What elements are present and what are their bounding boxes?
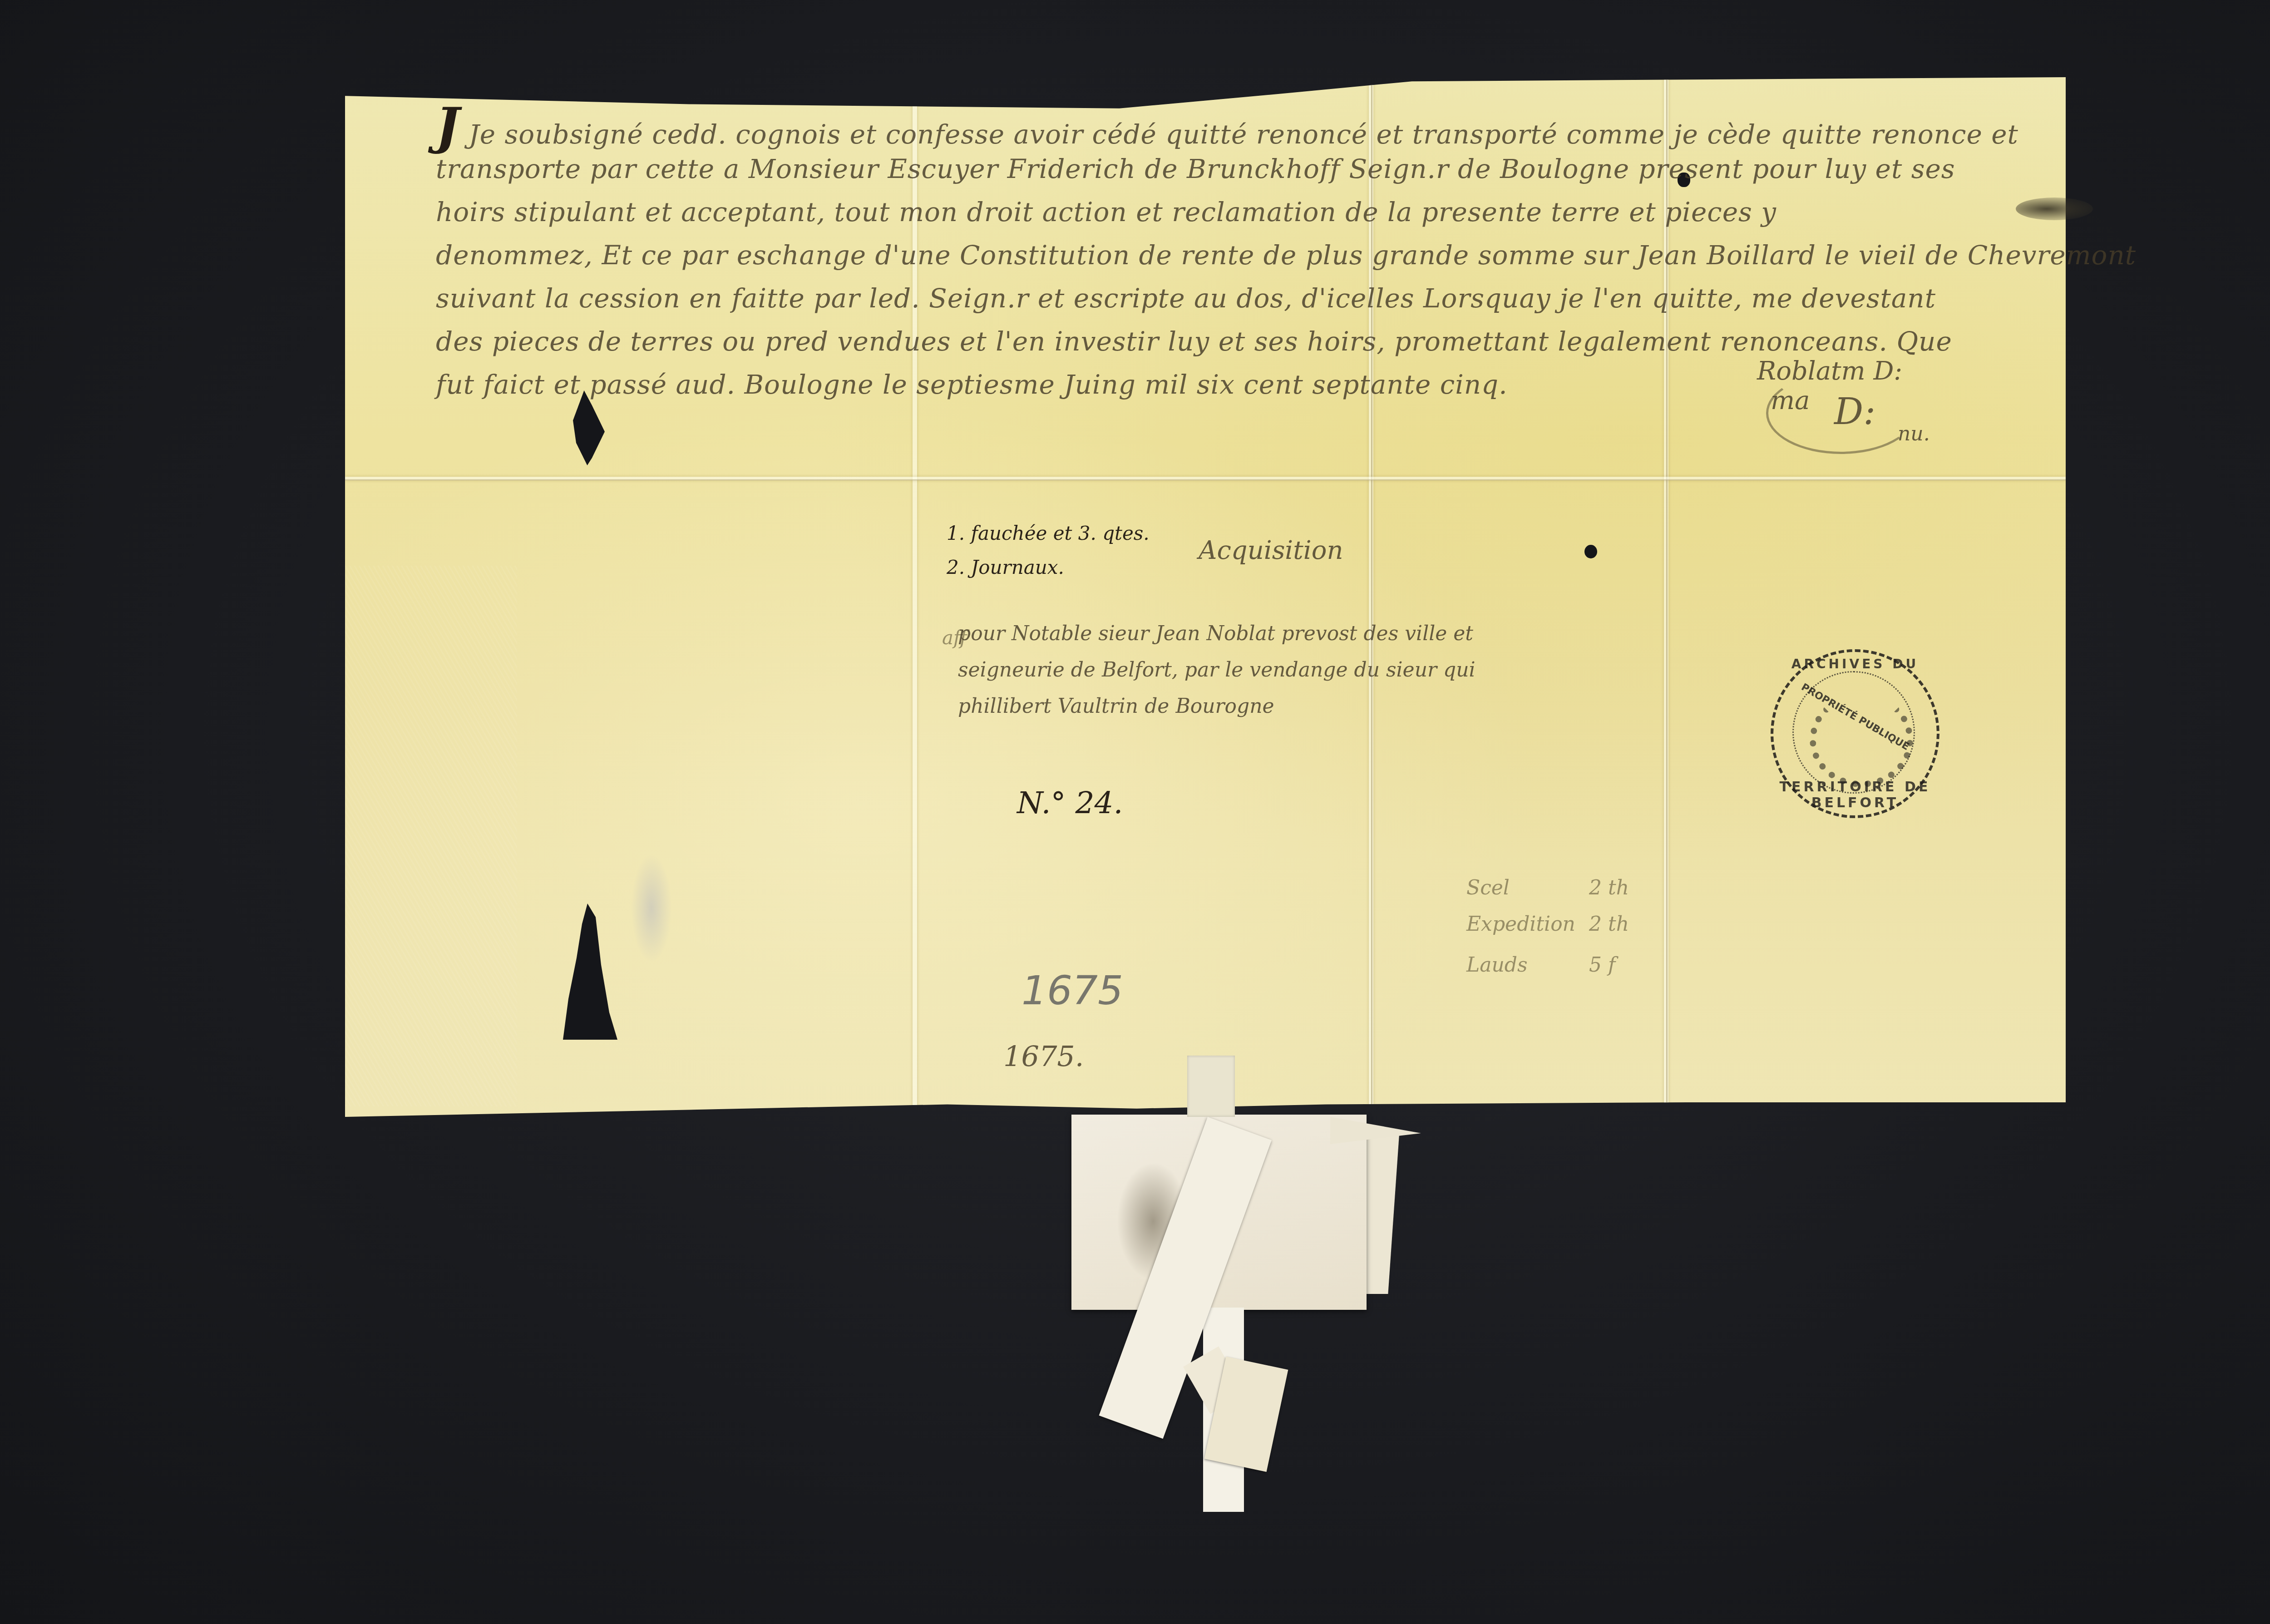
fee-amount: 2 th (1589, 876, 1629, 899)
fee-amount: 2 th (1589, 913, 1629, 936)
deed-line-1: J Je soubsigné cedd. cognois et confesse… (436, 104, 2025, 148)
document-number: N.° 24. (1017, 785, 1123, 820)
deed-line-text: Je soubsigné cedd. cognois et confesse a… (469, 119, 2018, 150)
acquisition-line: pour Notable sieur Jean Noblat prevost d… (958, 622, 1473, 645)
ink-hole (1584, 545, 1597, 558)
measure-note-line: 2. Journaux. (947, 556, 1064, 578)
tag-strap-through-slit (1187, 1056, 1235, 1117)
acquisition-line: phillibert Vaultrin de Bourogne (958, 695, 1274, 718)
deed-line-2: transporte par cette a Monsieur Escuyer … (436, 148, 2025, 191)
deed-line-text: transporte par cette a Monsieur Escuyer … (436, 153, 1955, 184)
mold-stain (631, 854, 672, 963)
fee-label: Expedition (1466, 913, 1575, 936)
decorated-initial: J (436, 97, 460, 155)
stamp-bottom-text: TERRITOIRE DE BELFORT (1773, 779, 1937, 811)
fee-amount: 5 f (1589, 953, 1615, 977)
deed-line-4: denommez, Et ce par eschange d'une Const… (436, 234, 2025, 277)
deed-line-text: hoirs stipulant et acceptant, tout mon d… (436, 197, 1777, 227)
measure-note-line: 1. fauchée et 3. qtes. (947, 522, 1150, 544)
ink-year: 1675. (1003, 1040, 1084, 1073)
acquisition-heading: Acquisition (1199, 536, 1343, 565)
acquisition-line: seigneurie de Belfort, par le vendange d… (958, 658, 1475, 681)
fold-crease (345, 479, 2066, 480)
signature-flourish (1766, 372, 1916, 454)
deed-line-text: fut faict et passé aud. Boulogne le sept… (436, 369, 1508, 400)
ink-blot (2016, 197, 2093, 220)
deed-line-text: denommez, Et ce par eschange d'une Const… (436, 240, 2136, 271)
fee-label: Lauds (1466, 953, 1528, 977)
deed-line-5: suivant la cession en faitte par led. Se… (436, 277, 2025, 320)
stamp-top-text: ARCHIVES DU (1773, 657, 1937, 671)
deed-line-text: suivant la cession en faitte par led. Se… (436, 283, 1936, 314)
parchment-texture (345, 566, 517, 1106)
archive-stamp: ARCHIVES DU PROPRIÉTÉ PUBLIQUE TERRITOIR… (1771, 649, 1939, 818)
deed-line-3: hoirs stipulant et acceptant, tout mon d… (436, 191, 2025, 234)
pencil-year: 1675 (1021, 967, 1123, 1014)
fee-label: Scel (1466, 876, 1510, 899)
deed-line-text: des pieces de terres ou pred vendues et … (436, 326, 1952, 357)
